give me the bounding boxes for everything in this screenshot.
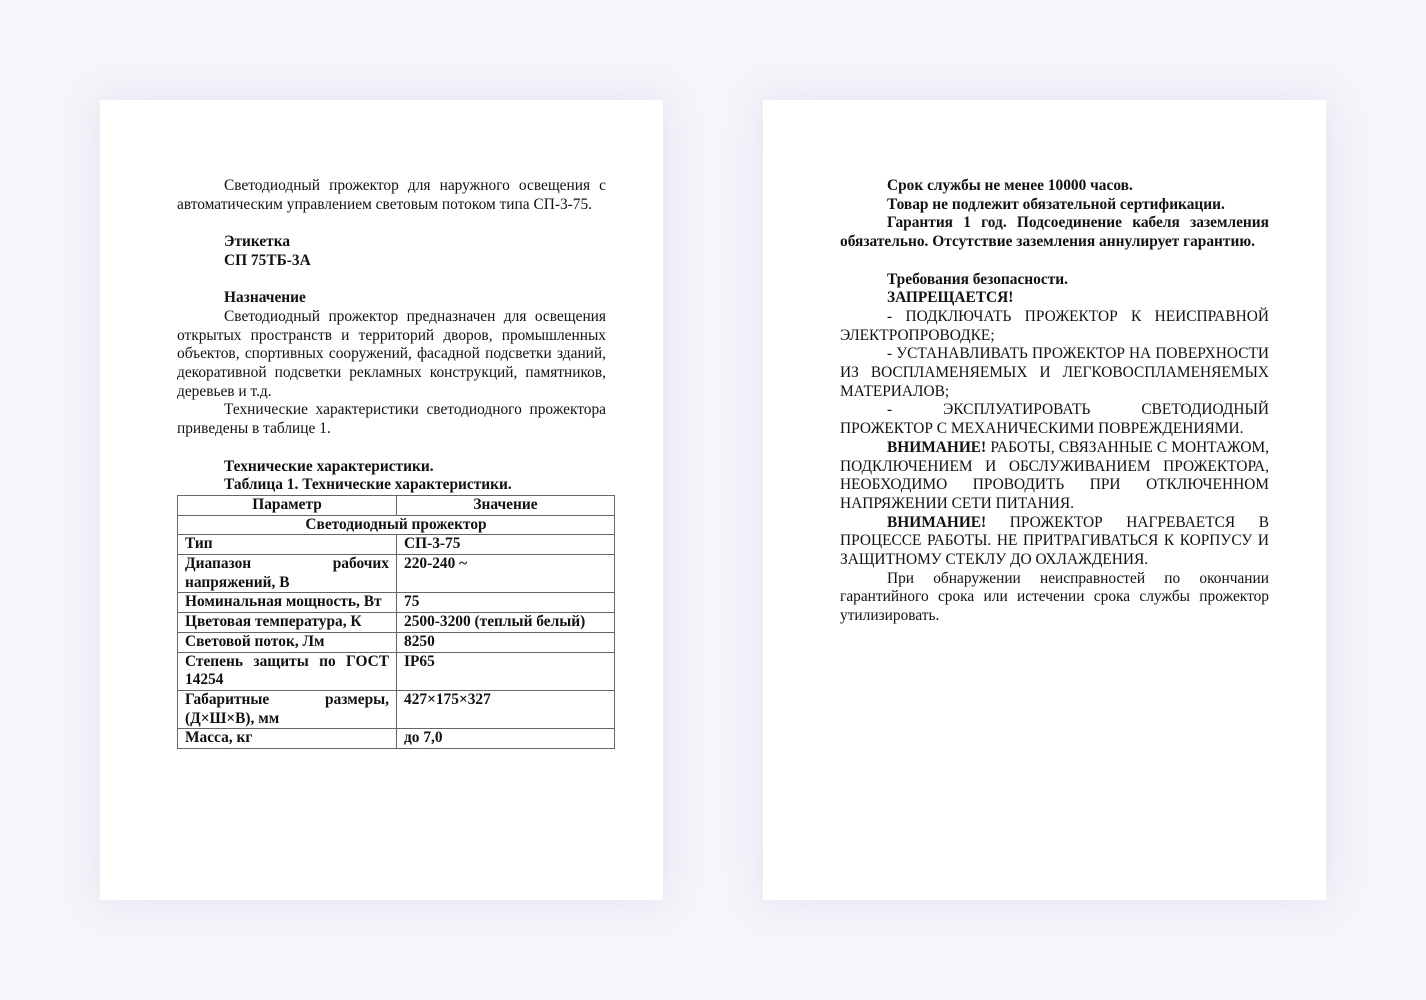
row-parameter: Степень защиты по ГОСТ 14254 <box>178 652 397 690</box>
warning-paragraph: ВНИМАНИЕ! ПРОЖЕКТОР НАГРЕВАЕТСЯ В ПРОЦЕС… <box>840 514 1269 570</box>
table-header-row: Параметр Значение <box>178 495 615 515</box>
table-row: Степень защиты по ГОСТ 14254IP65 <box>178 652 615 690</box>
row-parameter: Номинальная мощность, Вт <box>178 593 397 613</box>
safety-heading: Требования безопасности. <box>840 271 1269 290</box>
page-2-content: Срок службы не менее 10000 часов. Товар … <box>840 177 1269 626</box>
table-caption: Таблица 1. Технические характеристики. <box>177 476 606 495</box>
table-row: Цветовая температура, К2500-3200 (теплый… <box>178 613 615 633</box>
row-value: 427×175×327 <box>397 690 615 728</box>
warning-label: ВНИМАНИЕ! <box>887 514 986 531</box>
row-value: IP65 <box>397 652 615 690</box>
row-parameter: Диапазон рабочих напряжений, В <box>178 555 397 593</box>
warning-label: ВНИМАНИЕ! <box>887 439 986 456</box>
forbidden-item: - ЭКСПЛУАТИРОВАТЬ СВЕТОДИОДНЫЙ ПРОЖЕКТОР… <box>840 401 1269 438</box>
document-page-2: Срок службы не менее 10000 часов. Товар … <box>763 100 1326 900</box>
table-row: ТипСП-3-75 <box>178 535 615 555</box>
row-value: 75 <box>397 593 615 613</box>
model-name: СП 75ТБ-3А <box>177 252 606 271</box>
table-section-row: Светодиодный прожектор <box>178 515 615 535</box>
disposal-paragraph: При обнаружении неисправностей по оконча… <box>840 570 1269 626</box>
table-row: Световой поток, Лм8250 <box>178 632 615 652</box>
service-life: Срок службы не менее 10000 часов. <box>840 177 1269 196</box>
warning-paragraph: ВНИМАНИЕ! РАБОТЫ, СВЯЗАННЫЕ С МОНТАЖОМ, … <box>840 439 1269 514</box>
forbidden-heading: ЗАПРЕЩАЕТСЯ! <box>840 289 1269 308</box>
row-value: СП-3-75 <box>397 535 615 555</box>
specs-reference-paragraph: Технические характеристики светодиодного… <box>177 401 606 438</box>
row-parameter: Габаритные размеры, (Д×Ш×В), мм <box>178 690 397 728</box>
row-parameter: Цветовая температура, К <box>178 613 397 633</box>
table-row: Габаритные размеры, (Д×Ш×В), мм427×175×3… <box>178 690 615 728</box>
table-row: Диапазон рабочих напряжений, В220-240 ~ <box>178 555 615 593</box>
row-parameter: Тип <box>178 535 397 555</box>
purpose-heading: Назначение <box>177 289 606 308</box>
label-heading: Этикетка <box>177 233 606 252</box>
document-page-1: Светодиодный прожектор для наружного осв… <box>100 100 663 900</box>
purpose-paragraph: Светодиодный прожектор предназначен для … <box>177 308 606 402</box>
header-value: Значение <box>397 495 615 515</box>
forbidden-item: - ПОДКЛЮЧАТЬ ПРОЖЕКТОР К НЕИСПРАВНОЙ ЭЛЕ… <box>840 308 1269 345</box>
specs-heading: Технические характеристики. <box>177 458 606 477</box>
row-value: 220-240 ~ <box>397 555 615 593</box>
intro-paragraph: Светодиодный прожектор для наружного осв… <box>177 177 606 214</box>
service-life-text: Срок службы не менее 10000 часов. <box>887 177 1133 194</box>
row-parameter: Световой поток, Лм <box>178 632 397 652</box>
row-value: 2500-3200 (теплый белый) <box>397 613 615 633</box>
header-parameter: Параметр <box>178 495 397 515</box>
section-title: Светодиодный прожектор <box>178 515 615 535</box>
certification-text: Товар не подлежит обязательной сертифика… <box>887 196 1225 213</box>
certification-note: Товар не подлежит обязательной сертифика… <box>840 196 1269 215</box>
table-row: Масса, кгдо 7,0 <box>178 729 615 749</box>
row-parameter: Масса, кг <box>178 729 397 749</box>
page-1-content: Светодиодный прожектор для наружного осв… <box>177 177 606 749</box>
specs-table: Параметр Значение Светодиодный прожектор… <box>177 495 615 749</box>
table-row: Номинальная мощность, Вт75 <box>178 593 615 613</box>
warranty-paragraph: Гарантия 1 год. Подсоединение кабеля заз… <box>840 214 1269 251</box>
row-value: 8250 <box>397 632 615 652</box>
forbidden-item: - УСТАНАВЛИВАТЬ ПРОЖЕКТОР НА ПОВЕРХНОСТИ… <box>840 345 1269 401</box>
row-value: до 7,0 <box>397 729 615 749</box>
